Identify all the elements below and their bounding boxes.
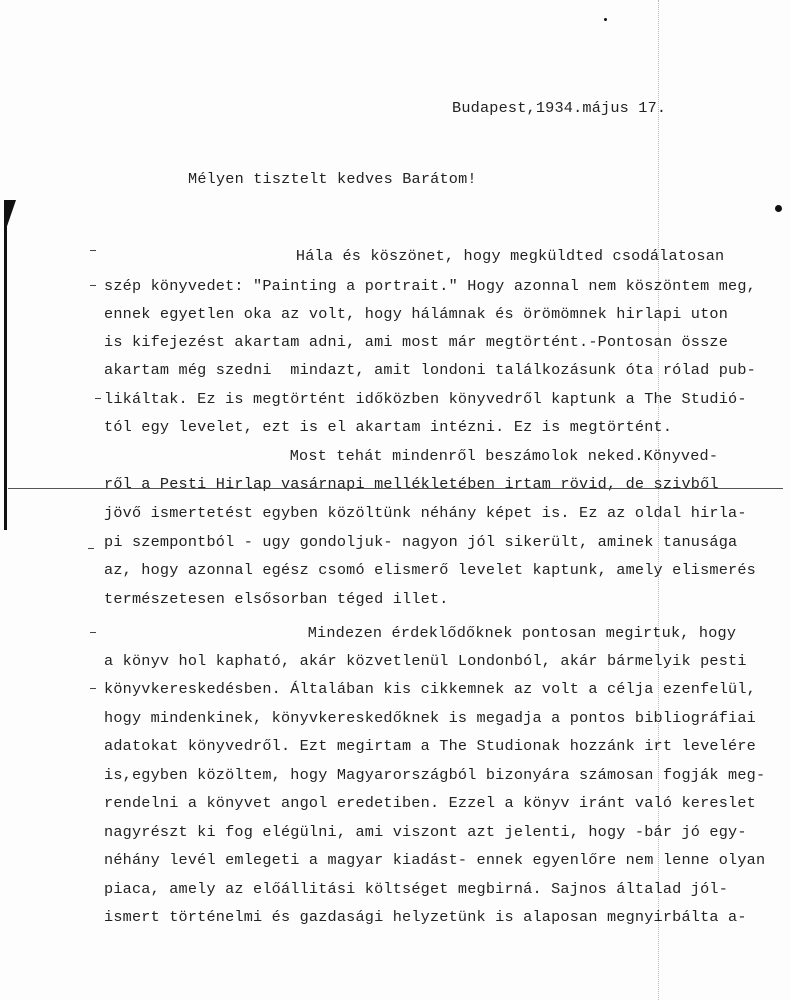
date-line: Budapest,1934.május 17. bbox=[452, 99, 666, 117]
body-line: tól egy levelet, ezt is el akartam intéz… bbox=[104, 418, 672, 436]
ink-speck bbox=[604, 18, 607, 21]
ink-blot bbox=[775, 205, 782, 212]
body-line: néhány levél emlegeti a magyar kiadást- … bbox=[104, 851, 765, 869]
page-edge-shadow bbox=[4, 200, 7, 530]
body-line: akartam még szedni mindazt, amit londoni… bbox=[104, 361, 756, 379]
body-line: is,egyben közöltem, hogy Magyarországból… bbox=[104, 766, 765, 784]
body-line: természetesen elsősorban téged illet. bbox=[104, 590, 449, 608]
body-line: könyvkereskedésben. Általában kis cikkem… bbox=[104, 680, 756, 698]
body-line: likáltak. Ez is megtörtént időközben kön… bbox=[104, 390, 747, 408]
body-line: Most tehát mindenről beszámolok neked.Kö… bbox=[150, 447, 718, 465]
strikethrough-rule bbox=[8, 488, 783, 489]
margin-mark bbox=[90, 688, 96, 689]
body-line: Hála és köszönet, hogy megküldted csodál… bbox=[240, 247, 724, 265]
body-line: az, hogy azonnal egész csomó elismerő le… bbox=[104, 561, 756, 579]
margin-mark bbox=[90, 250, 96, 251]
body-line: piaca, amely az előállitási költséget me… bbox=[104, 880, 728, 898]
body-line: is kifejezést akartam adni, ami most már… bbox=[104, 333, 728, 351]
body-line: ismert történelmi és gazdasági helyzetün… bbox=[104, 908, 747, 926]
margin-mark bbox=[95, 398, 101, 399]
margin-mark bbox=[90, 632, 96, 633]
page-edge-corner bbox=[4, 200, 16, 235]
body-line: rendelni a könyvet angol eredetiben. Ezz… bbox=[104, 794, 756, 812]
body-line: nagyrészt ki fog elégülni, ami viszont a… bbox=[104, 823, 747, 841]
body-line: adatokat könyvedről. Ezt megirtam a The … bbox=[104, 737, 756, 755]
body-line: szép könyvedet: "Painting a portrait." H… bbox=[104, 277, 756, 295]
body-line: ennek egyetlen oka az volt, hogy hálámna… bbox=[104, 305, 728, 323]
margin-mark bbox=[88, 548, 94, 549]
body-line: hogy mindenkinek, könyvkereskedőknek is … bbox=[104, 709, 756, 727]
letter-page: Budapest,1934.május 17. Mélyen tisztelt … bbox=[0, 0, 791, 1000]
body-line-struck: ről a Pesti Hirlap vasárnapi mellékletéb… bbox=[104, 475, 719, 493]
fold-crease bbox=[658, 0, 659, 1000]
body-line: jövő ismertetést egyben közöltünk néhány… bbox=[104, 504, 747, 522]
body-line: Mindezen érdeklődőknek pontosan megirtuk… bbox=[168, 624, 736, 642]
margin-mark bbox=[90, 285, 96, 286]
body-line: pi szempontból - ugy gondoljuk- nagyon j… bbox=[104, 533, 737, 551]
body-line: a könyv hol kapható, akár közvetlenül Lo… bbox=[104, 652, 747, 670]
salutation: Mélyen tisztelt kedves Barátom! bbox=[188, 170, 477, 188]
